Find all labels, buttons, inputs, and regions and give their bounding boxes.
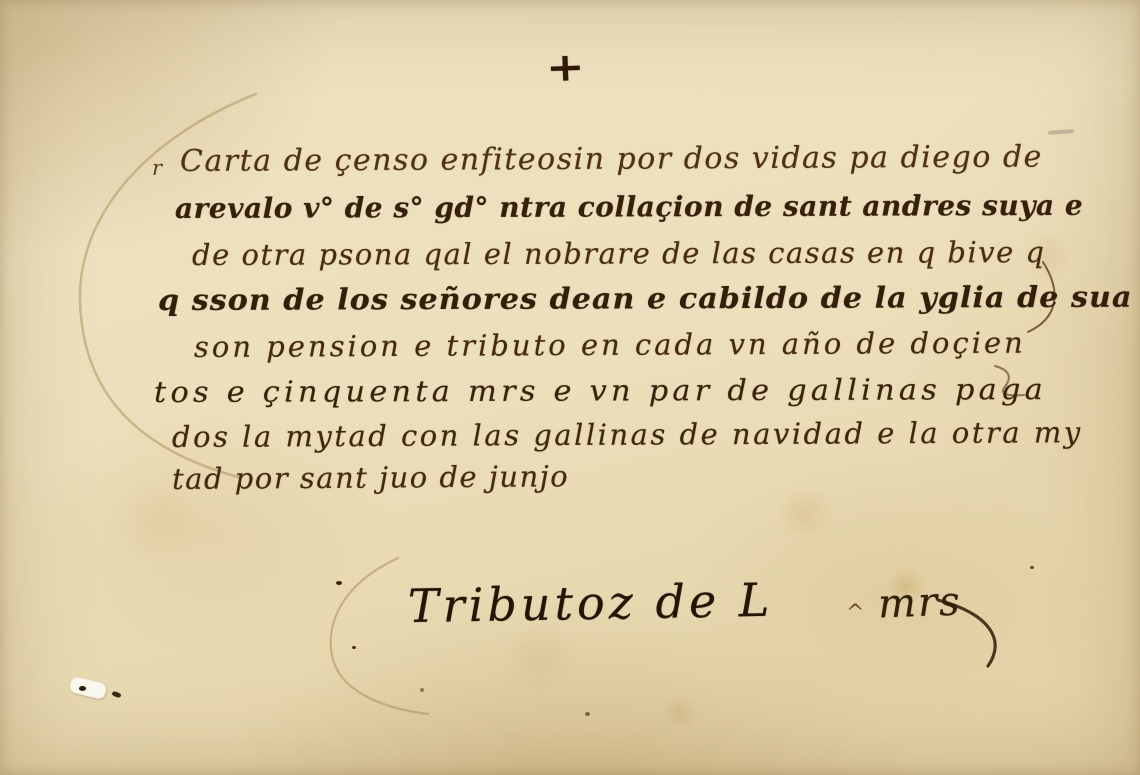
pencil-smudge xyxy=(1048,129,1074,135)
ink-speck xyxy=(111,691,121,699)
docket-caret-mark: ^ xyxy=(846,601,864,626)
ink-speck xyxy=(1030,566,1034,569)
manuscript-line: arevalo v° de s° gd° ntra collaçion de s… xyxy=(175,189,1083,225)
manuscript-line: dos la mytad con las gallinas de navidad… xyxy=(172,415,1083,454)
manuscript-line: tos e çinquenta mrs e vn par de gallinas… xyxy=(154,372,1047,409)
ink-speck xyxy=(352,646,356,649)
manuscript-line: tad por sant juo de junjo xyxy=(172,459,569,496)
manuscript-line: son pension e tributo en cada vn año de … xyxy=(194,326,1026,364)
ink-speck xyxy=(420,688,424,692)
ink-speck xyxy=(585,712,590,716)
ink-speck xyxy=(79,686,86,691)
invocation-cross-icon: + xyxy=(545,47,585,87)
manuscript-page: + r Carta de çenso enfiteosin por dos vi… xyxy=(0,0,1140,775)
paper-blemish xyxy=(69,676,108,700)
paragraph-mark: r xyxy=(152,156,162,180)
ink-speck xyxy=(336,581,342,585)
manuscript-line: de otra psona qal el nobrare de las casa… xyxy=(192,235,1046,272)
maravedis-abbreviation: mrs xyxy=(877,579,962,628)
manuscript-line: Carta de çenso enfiteosin por dos vidas … xyxy=(180,139,1043,179)
manuscript-line: q sson de los señores dean e cabildo de … xyxy=(158,280,1133,317)
docket-tribute-note: Tributoz de L xyxy=(408,573,774,633)
